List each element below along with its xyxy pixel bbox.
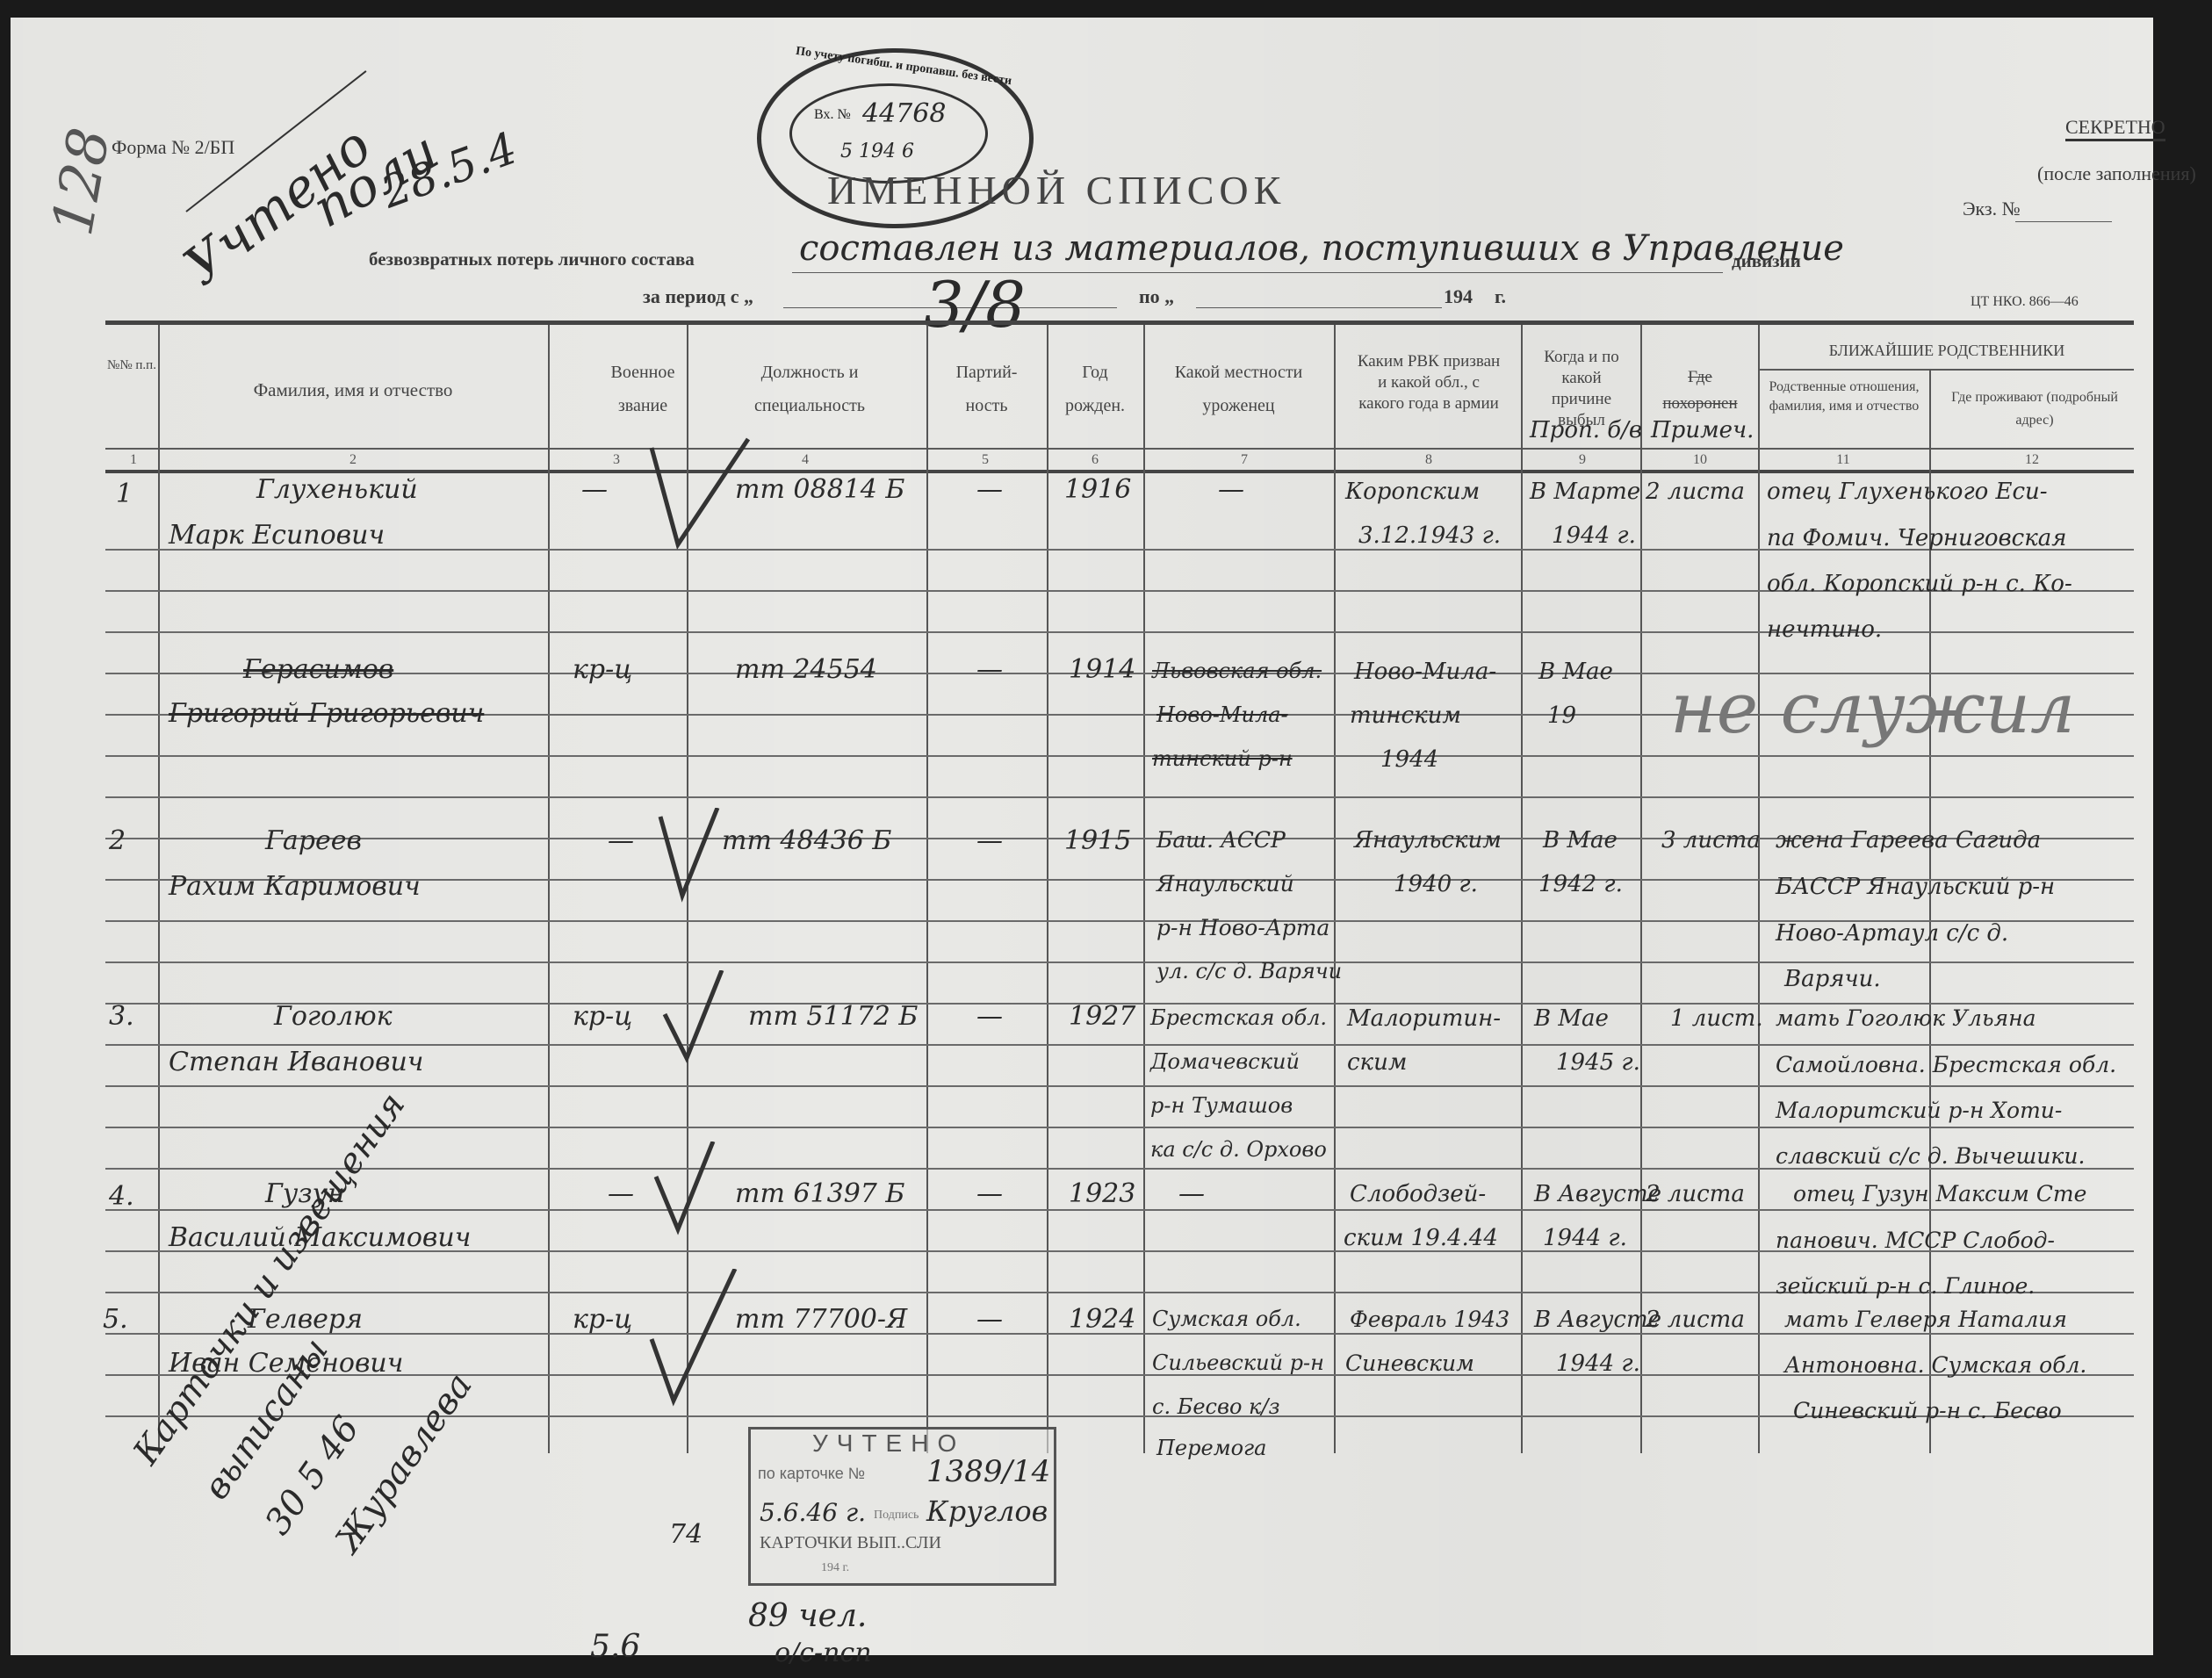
position: тт 24554 — [735, 654, 877, 685]
col-header-7: Какой местности уроженец — [1145, 356, 1332, 422]
origin-line: Сильевский р-н — [1152, 1350, 1324, 1375]
stamp-footer-date: 194 г. — [821, 1561, 849, 1575]
rvk-line: ским 19.4.44 — [1344, 1225, 1498, 1251]
given-names: Григорий Григорьевич — [169, 698, 484, 729]
relatives-line: панович. МССР Слобод- — [1776, 1228, 2055, 1253]
when-line: В Августе — [1534, 1181, 1661, 1207]
relatives-line: Антоновна. Сумская обл. — [1784, 1352, 2086, 1378]
relatives-line: Малоритский р-н Хоти- — [1776, 1098, 2062, 1123]
relatives-line: отец Глухенького Еси- — [1767, 479, 2048, 505]
period-year-suffix: г. — [1495, 285, 1506, 308]
party: — — [976, 825, 1003, 856]
birth-year: 1914 — [1069, 654, 1135, 685]
origin-line: Баш. АССР — [1156, 827, 1286, 853]
origin-line: — — [1218, 474, 1244, 505]
origin-line: — — [1178, 1178, 1205, 1209]
relatives-line: БАССР Янаульский р-н — [1776, 874, 2055, 900]
origin-line: ул. с/с д. Варячи — [1156, 959, 1342, 983]
header-number-note: 3/8 — [924, 268, 1026, 342]
given-names: Марк Есипович — [169, 520, 385, 551]
col9-handwritten-note: Проп. б/в — [1530, 417, 1642, 443]
col-header-11: Родственные отношения, фамилия, имя и от… — [1765, 378, 1923, 416]
document-page: 128 Форма № 2/БП Учтено поли 28.5.4 По у… — [11, 18, 2153, 1655]
party: — — [976, 654, 1003, 685]
col-header-5: Партий- ность — [928, 356, 1045, 422]
check-mark-icon — [660, 970, 731, 1067]
col-num-1: 1 — [125, 452, 142, 468]
position: тт 77700-Я — [735, 1304, 907, 1335]
rvk-line: 1944 — [1380, 746, 1438, 773]
form-number: Форма № 2/БП — [112, 136, 234, 159]
surname: Гоголюк — [274, 1001, 393, 1032]
birth-year: 1916 — [1064, 474, 1131, 505]
col-num-8: 8 — [1420, 452, 1437, 468]
origin-line: тинский р-н — [1152, 746, 1293, 771]
origin-line: Перемога — [1156, 1436, 1266, 1460]
when-line: 1945 г. — [1556, 1049, 1640, 1076]
rank: — — [608, 825, 634, 856]
col-header-6: Год рожден. — [1048, 356, 1142, 422]
col-num-6: 6 — [1086, 452, 1104, 468]
when-line: В Мае — [1534, 1005, 1609, 1032]
rvk-line: тинским — [1350, 702, 1461, 729]
origin-line: р-н Ново-Арта — [1156, 915, 1329, 940]
col-num-3: 3 — [608, 452, 625, 468]
stamp-number: 44768 — [862, 98, 946, 129]
origin-line: Ново-Мила- — [1156, 702, 1288, 727]
origin-line: Янаульский — [1156, 871, 1294, 897]
when-line: В Августе — [1534, 1307, 1661, 1333]
stamp-card-label: по карточке № — [758, 1465, 865, 1483]
col-header-12: Где проживают (подробный адрес) — [1942, 386, 2127, 432]
copy-no-field — [2015, 221, 2112, 222]
position: тт 48436 Б — [722, 825, 891, 856]
margin-number: 128 — [40, 123, 123, 240]
buried: 1 лист. — [1670, 1005, 1763, 1032]
rank: — — [608, 1178, 634, 1209]
rvk-line: Ново-Мила- — [1354, 659, 1496, 685]
col-num-7: 7 — [1236, 452, 1253, 468]
stamp-card-number: 1389/14 — [926, 1454, 1050, 1489]
bottom-mark-2: 5.6 — [590, 1629, 640, 1665]
col-num-4: 4 — [796, 452, 814, 468]
header-bottom-border — [105, 470, 2134, 473]
col-header-4: Должность и специальность — [722, 356, 897, 422]
relatives-line: Синевский р-н с. Бесво — [1793, 1398, 2062, 1423]
row-number: 1 — [116, 479, 133, 509]
relatives-line: зейский р-н с. Глиное. — [1776, 1273, 2035, 1299]
col-num-5: 5 — [976, 452, 994, 468]
row-number: 4. — [109, 1181, 134, 1212]
header-divider — [105, 448, 2134, 450]
origin-line: Домачевский — [1150, 1049, 1300, 1074]
when-line: 1944 г. — [1556, 1350, 1640, 1377]
rvk-line: 3.12.1943 г. — [1358, 522, 1501, 549]
period-to-label: по „ — [1139, 285, 1174, 308]
party: — — [976, 1178, 1003, 1209]
relatives-line: Варячи. — [1784, 966, 1881, 992]
buried: 2 листа — [1646, 479, 1745, 505]
position: тт 51172 Б — [748, 1001, 918, 1032]
relatives-line: Самойловна. Брестская обл. — [1776, 1052, 2116, 1077]
relatives-line: отец Гузун Максим Сте — [1793, 1181, 2086, 1206]
rvk-line: Синевским — [1345, 1350, 1474, 1376]
origin-line: Брестская обл. — [1150, 1005, 1327, 1030]
when-line: В Мае — [1538, 659, 1613, 685]
given-names: Рахим Каримович — [169, 871, 421, 902]
stamp-date: 5.6.46 г. — [760, 1498, 866, 1527]
stamp-date: 5 194 6 — [840, 140, 914, 162]
relatives-line: па Фомич. Черниговская — [1767, 525, 2066, 551]
bottom-count: 89 чел. — [748, 1598, 867, 1634]
party: — — [976, 474, 1003, 505]
buried: 2 листа — [1646, 1181, 1745, 1207]
period-year: 194 — [1444, 285, 1473, 308]
rank: кр-ц — [573, 1001, 632, 1032]
row-number: 3. — [109, 1001, 134, 1032]
after-fill-label: (после заполнения) — [2037, 162, 2196, 185]
rank: — — [581, 474, 608, 505]
birth-year: 1924 — [1069, 1304, 1135, 1335]
relatives-line: мать Гоголюк Ульяна — [1776, 1005, 2036, 1031]
col10-handwritten-note: Примеч. — [1651, 417, 1754, 443]
relatives-line: мать Гелверя Наталия — [1784, 1307, 2067, 1332]
when-line: 1944 г. — [1552, 522, 1636, 549]
bottom-count-note: о/с-псп — [775, 1638, 872, 1668]
stamp-signature: Круглов — [926, 1494, 1048, 1528]
rvk-line: Слободзей- — [1350, 1181, 1486, 1207]
group-header-divider — [1758, 369, 2134, 371]
relatives-line: Ново-Артаул с/с д. — [1776, 920, 2008, 947]
row-number: 5. — [103, 1304, 128, 1335]
copy-no-label: Экз. № — [1963, 198, 2021, 220]
when-line: В Марте — [1530, 479, 1640, 505]
buried: 2 листа — [1646, 1307, 1745, 1333]
when-line: 1944 г. — [1543, 1225, 1627, 1251]
period-to-field — [1196, 307, 1442, 308]
origin-line: Сумская обл. — [1152, 1307, 1301, 1331]
relatives-line: нечтино. — [1767, 616, 1882, 643]
page-title: ИМЕННОЙ СПИСОК — [827, 167, 1286, 213]
birth-year: 1923 — [1069, 1178, 1135, 1209]
rvk-line: 1940 г. — [1394, 871, 1478, 897]
birth-year: 1915 — [1064, 825, 1131, 856]
surname: Гареев — [265, 825, 362, 856]
not-served-note: не служил — [1670, 667, 2075, 749]
origin-line: Львовская обл. — [1152, 659, 1322, 683]
col-header-3: Военное звание — [601, 356, 685, 422]
col-header-2: Фамилия, имя и отчество — [160, 373, 546, 407]
row-number: 2 — [109, 825, 126, 856]
subtitle-suffix: дивизии — [1732, 250, 1801, 272]
col-header-1: №№ п.п. — [107, 356, 156, 375]
subtitle-prefix: безвозвратных потерь личного состава — [369, 248, 695, 270]
rank: кр-ц — [573, 1304, 632, 1335]
col-header-10: Где похоронен — [1653, 364, 1747, 417]
col-num-12: 12 — [2021, 452, 2043, 468]
rvk-line: Февраль 1943 — [1350, 1307, 1509, 1332]
when-line: 1942 г. — [1538, 871, 1623, 897]
origin-line: ка с/с д. Орхово — [1150, 1137, 1327, 1162]
position: тт 08814 Б — [735, 474, 904, 505]
relatives-line: славский с/с д. Вычешики. — [1776, 1143, 2085, 1169]
party: — — [976, 1001, 1003, 1032]
surname: Герасимов — [243, 654, 393, 685]
table-top-border — [105, 320, 2134, 325]
rvk-line: Коропским — [1345, 479, 1480, 505]
origin-line: с. Бесво к/з — [1152, 1394, 1280, 1419]
rank: кр-ц — [573, 654, 632, 685]
surname: Глухенький — [256, 474, 418, 505]
stamp-ring-text: По учету погибш. и пропавш. без вести — [795, 45, 1012, 89]
col-num-9: 9 — [1574, 452, 1591, 468]
check-mark-icon — [643, 430, 757, 553]
print-code: ЦТ НКО. 866—46 — [1971, 294, 2079, 310]
check-mark-icon — [652, 1141, 722, 1238]
party: — — [976, 1304, 1003, 1335]
bottom-mark-1: 74 — [669, 1519, 703, 1550]
stamp-footer: КАРТОЧКИ ВЫП..СЛИ — [760, 1533, 941, 1553]
origin-line: р-н Тумашов — [1150, 1093, 1293, 1118]
secret-label: СЕКРЕТНО — [2065, 116, 2165, 141]
birth-year: 1927 — [1069, 1001, 1135, 1032]
group-header-relatives: БЛИЖАЙШИЕ РОДСТВЕННИКИ — [1762, 334, 2131, 367]
stamp-sign-label: Подпись — [874, 1509, 919, 1523]
check-mark-icon — [656, 808, 726, 904]
registration-stamp-rect: УЧТЕНО по карточке № 1389/14 5.6.46 г. П… — [748, 1427, 1056, 1586]
rvk-line: Янаульским — [1354, 827, 1502, 853]
rvk-line: Малоритин- — [1347, 1005, 1501, 1032]
col-num-11: 11 — [1833, 452, 1854, 468]
col-num-10: 10 — [1690, 452, 1711, 468]
given-names: Степан Иванович — [169, 1047, 423, 1077]
relatives-line: обл. Коропский р-н с. Ко- — [1767, 571, 2072, 597]
check-mark-icon — [647, 1269, 744, 1409]
subtitle-handwritten: составлен из материалов, поступивших в У… — [799, 228, 1844, 269]
when-line: В Мае — [1543, 827, 1618, 853]
position: тт 61397 Б — [735, 1178, 904, 1209]
buried: 3 листа — [1661, 827, 1761, 853]
when-line: 19 — [1547, 702, 1576, 729]
period-from-label: за период с „ — [643, 285, 753, 308]
col-num-2: 2 — [344, 452, 362, 468]
col-header-8: Каким РВК призван и какой обл., с какого… — [1354, 351, 1503, 414]
stamp-number-label: Вх. № — [814, 107, 851, 123]
rvk-line: ским — [1347, 1049, 1407, 1076]
relatives-line: жена Гареева Сагида — [1776, 827, 2041, 853]
